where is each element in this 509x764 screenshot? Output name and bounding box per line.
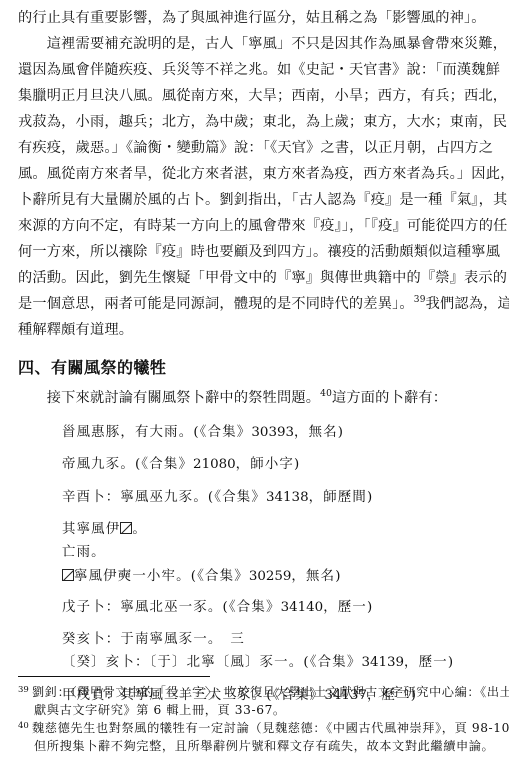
body-line-text: 我們認為，這 [426, 296, 509, 312]
inscription-punct: 。 [132, 522, 147, 537]
body-line: 的行止具有重要影響，為了與風神進行區分，姑且稱之為「影響風的神」。 [18, 9, 486, 27]
collection-number: 30393 [251, 425, 294, 440]
inscription-text: 戊子卜：寧風北巫一豕。(《合集》 [62, 600, 281, 615]
collection-number: 21080 [193, 457, 236, 472]
inscription-source: ，無名) [291, 569, 341, 584]
inscription-text: 其寧風伊 [62, 522, 120, 537]
inscription: 其寧風伊。 [62, 521, 147, 539]
body-line: 是一個意思，兩者可能是同源詞，體現的是不同時代的差異」。39我們認為，這 [18, 295, 509, 313]
inscription-text: 𩠐風惠豚，有大雨。(《合集》 [62, 425, 251, 440]
footnote-text: 劉釗：〈釋甲骨文中的「役」字〉，收於復旦大學出土文獻與古文字研究中心編：《出土文 [32, 685, 509, 699]
footnote-ref-39[interactable]: 39 [414, 295, 426, 305]
body-line: 有疾疫，歲惡。」《論衡・變動篇》說：「《天官》之書，以正月朝，占四方之 [18, 139, 493, 157]
footnote-40: 40魏慈德先生也對祭風的犧牲有一定討論（見魏慈德：《中國古代風神崇拜》，頁 98… [18, 720, 509, 737]
inscription: 亡雨。 [62, 544, 106, 562]
inscription: 癸亥卜：于南寧風豕一。 三 [62, 631, 245, 649]
intro-text: 接下來就討論有關風祭卜辭中的祭牲問題。 [18, 390, 320, 406]
body-line: 集臘明正月旦決八風。風從南方來，大旱；西南，小旱；西方，有兵；西北， [18, 87, 507, 105]
collection-number: 34140 [281, 600, 324, 615]
footnote-divider [18, 676, 210, 677]
collection-number: 30259 [249, 569, 292, 584]
inscription-text: 帝風九豕。(《合集》 [62, 457, 193, 472]
inscription-source: ，歷一) [404, 655, 454, 670]
inscription-text: 〔癸〕亥卜：〔于〕北寧〔風〕豕一。(《合集》 [62, 655, 361, 670]
inscription-text: 亡雨。 [62, 545, 106, 560]
lacuna-mark-icon [62, 569, 74, 581]
footnote-39: 39劉釗：〈釋甲骨文中的「役」字〉，收於復旦大學出土文獻與古文字研究中心編：《出… [18, 684, 509, 701]
body-line: 戎菽為，小雨，趣兵；北方，為中歲；東北，為上歲；東方，大水；東南，民 [18, 113, 507, 131]
inscription: 戊子卜：寧風北巫一豕。(《合集》34140，歷一) [62, 599, 373, 617]
inscription-text: 辛酉卜：寧風巫九豕。(《合集》 [62, 490, 266, 505]
body-line: 來源的方向不定，有時某一方向上的風會帶來『疫』」，「『疫』可能從四方的任 [18, 217, 508, 235]
body-line: 還因為風會伴隨疾疫、兵災等不祥之兆。如《史記・天官書》說：「而漢魏鮮 [18, 61, 500, 79]
inscription: 〔癸〕亥卜：〔于〕北寧〔風〕豕一。(《合集》34139，歷一) [62, 654, 454, 672]
body-line: 卜辭所見有大量關於風的占卜。劉釗指出，「古人認為『疫』是一種『氣』，其 [18, 191, 507, 209]
intro-text: 這方面的卜辭有： [332, 390, 447, 406]
inscription: 帝風九豕。(《合集》21080，師小字) [62, 456, 300, 474]
inscription-source: ，師小字) [236, 457, 301, 472]
inscription-source: ，歷一) [323, 600, 373, 615]
inscription-source: ，師歷間) [309, 490, 374, 505]
collection-number: 34138 [266, 490, 309, 505]
body-line-text: 是一個意思，兩者可能是同源詞，體現的是不同時代的差異」。 [18, 296, 414, 312]
footnote-39-cont: 獻與古文字研究》第 6 輯上冊，頁 33-67。 [34, 702, 286, 719]
inscription-source: ，無名) [294, 425, 344, 440]
footnote-ref-40[interactable]: 40 [320, 389, 332, 399]
inscription: 寧風伊奭一小牢。(《合集》30259，無名) [62, 568, 342, 586]
inscription-text: 癸亥卜：于南寧風豕一。 三 [62, 632, 245, 647]
inscription: 辛酉卜：寧風巫九豕。(《合集》34138，師歷間) [62, 489, 373, 507]
collection-number: 34139 [361, 655, 404, 670]
inscription-text: 寧風伊奭一小牢。(《合集》 [74, 569, 249, 584]
body-line: 種解釋頗有道理。 [18, 321, 133, 339]
body-line: 這裡需要補充說明的是，古人「寧風」不只是因其作為風暴會帶來災難， [18, 35, 507, 53]
footnote-40-cont: 但所搜集卜辭不夠完整，且所舉辭例片號和釋文存有疏失，故本文對此繼續申論。 [34, 738, 494, 755]
footnote-text: 魏慈德先生也對祭風的犧牲有一定討論（見魏慈德：《中國古代風神崇拜》，頁 98-1… [32, 721, 509, 735]
lacuna-mark-icon [120, 522, 132, 534]
body-line: 風。風從南方來者旱，從北方來者湛，東方來者為疫，西方來者為兵。」因此， [18, 165, 509, 183]
body-line: 何一方來，所以禳除『疫』時也要顧及到四方」。禳疫的活動頗類似這種寧風 [18, 243, 500, 261]
body-line: 的活動。因此，劉先生懷疑「甲骨文中的『寧』與傳世典籍中的『禜』表示的 [18, 269, 507, 287]
section-heading: 四、有關風祭的犧牲 [18, 355, 167, 378]
section-intro: 接下來就討論有關風祭卜辭中的祭牲問題。40這方面的卜辭有： [18, 389, 447, 407]
inscription: 𩠐風惠豚，有大雨。(《合集》30393，無名) [62, 424, 344, 442]
